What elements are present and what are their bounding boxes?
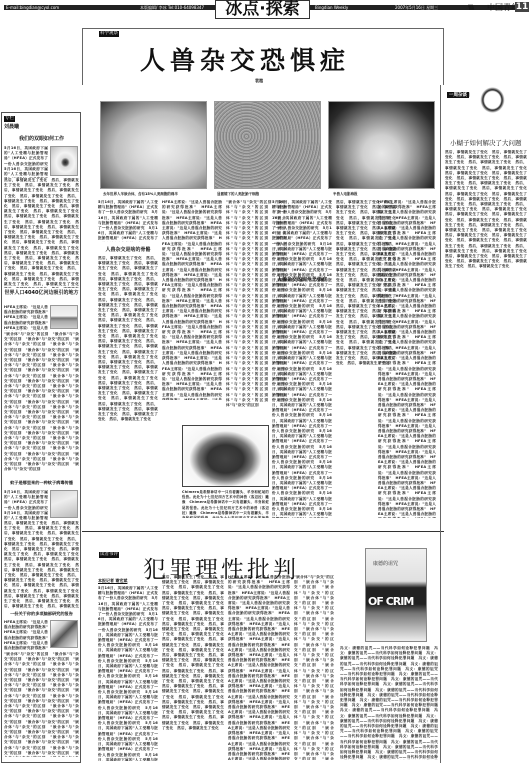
left-article-title-4: 一份关于你的多项脑部研究的报告 <box>4 611 79 617</box>
sheep-caption: 去年世界人羊嵌合体，含有15%人类细胞的绵羊 <box>103 192 178 197</box>
tiger-caption: 半兽人电影海报 <box>333 192 358 197</box>
cells-caption: 显微镜下的人类胚胎干细胞 <box>217 192 259 197</box>
left-article-text-1b: 然后，事情就发生了变化 然后，事情就发生了变化 然后，事情就发生了变化 然后，事… <box>4 178 79 288</box>
second-text-col1: 5月16日，英国政府下属的"人工受精与胚胎管理局"（HFEA）正式发布了一份人兽… <box>98 586 158 761</box>
main-text-col1-a: 5月16日，英国政府下属的"人工受精与胚胎管理局"（HFEA）正式发布了一份人兽… <box>98 200 158 242</box>
left-article-text-2a: HFEA主席说："这是人兽混合胚胎的研究获得批准" HFEA主席说："这是人兽混… <box>4 305 48 331</box>
left-column-tag: 专栏 <box>4 116 15 122</box>
book-caption: 冯文：康德的诅咒——当代科学如何诠释犯罪问题 冯文：康德的诅咒——当代科学如何诠… <box>340 646 438 760</box>
left-article-text-1a: 5月16日，英国政府下属的"人工受精与胚胎管理局"（HFEA）正式发布了一份人兽… <box>4 146 48 178</box>
main-article-tag: 科学观察 <box>99 31 119 37</box>
chimera-caption: Chimera是希腊神话中一只有着狮头、羊身和蛇尾的怪兽。此处为十七世纪西方艺术… <box>182 490 269 518</box>
main-subhead-3: 人兽杂交的四角恐惧症 <box>272 276 332 283</box>
main-headline: 人兽杂交恐惧症 <box>140 41 350 77</box>
lake-photo <box>50 305 78 329</box>
right-column-title: 小蝴子如何解决了大问题 <box>450 138 522 147</box>
chimera-statue-photo <box>182 425 269 487</box>
section-divider <box>82 531 444 532</box>
cells-photo <box>214 101 321 189</box>
main-text-col2: HFEA主席说："这是人兽混合胚胎的研究获得批准" HFEA主席说："这是人兽混… <box>162 200 222 400</box>
main-text-col4: 5月16日，英国政府下属的"人工受精与胚胎管理局"（HFEA）正式发布了一份人兽… <box>272 200 332 518</box>
masthead-email: E-mail:bingdian@cyol.com <box>6 5 59 10</box>
author-portrait <box>470 84 515 124</box>
brain-photo <box>50 620 78 648</box>
main-text-col1-b: 然后，事情就发生了变化 然后，事情就发生了变化 然后，事情就发生了变化 然后，事… <box>98 256 158 524</box>
left-article-title-1: 我们的双眼如何工作 <box>4 135 79 142</box>
left-article-title-2: 世界人口4040亿河边吸引的地方 <box>4 290 79 296</box>
left-article-text-4b: "嵌合体"与"杂交"的区别 "嵌合体"与"杂交"的区别 "嵌合体"与"杂交"的区… <box>4 652 79 757</box>
eye-photo <box>50 146 78 176</box>
right-column-divider <box>440 85 441 763</box>
left-article-title-3: 蚊子是哪里来的一种蚊子病毒传播 <box>4 480 79 486</box>
left-article-text-4a: HFEA主席说："这是人兽混合胚胎的研究获得批准" HFEA主席说："这是人兽混… <box>4 620 48 650</box>
left-article-text-3a: 5月16日，英国政府下属的"人工受精与胚胎管理局"（HFEA）正式发布了一份人兽… <box>4 490 48 520</box>
left-column-author: 刘晨曦 <box>4 123 19 130</box>
page-number: 11 <box>515 2 529 12</box>
masthead-editor: 本版编辑/ 李冰 Tel:010-64098347 <box>140 5 204 10</box>
second-text-col4: "嵌合体"与"杂交"的区别 "嵌合体"与"杂交"的区别 "嵌合体"与"杂交"的区… <box>294 575 334 760</box>
left-article-text-3b: 然后，事情就发生了变化 然后，事情就发生了变化 然后，事情就发生了变化 然后，事… <box>4 521 79 609</box>
masthead-date: 2007年5月16日 星期三 <box>395 5 438 10</box>
mosquito-photo <box>50 490 78 518</box>
second-text-col2: 然后，事情就发生了变化 然后，事情就发生了变化 然后，事情就发生了变化 然后，事… <box>162 575 224 760</box>
main-byline: 袁越 <box>255 78 263 84</box>
left-article-text-2b: "嵌合体"与"杂交"的区别 "嵌合体"与"杂交"的区别 "嵌合体"与"杂交"的区… <box>4 332 79 477</box>
second-text-col3: HFEA主席说："这是人兽混合胚胎的研究获得批准" HFEA主席说："这是人兽混… <box>228 575 290 760</box>
second-byline: 本报记者 谢宏斌 <box>98 578 127 584</box>
main-subhead-1: 人兽杂交是啥的骨骼 <box>98 246 158 253</box>
slashes-decoration: \\\\\ <box>468 4 473 11</box>
book-cover-subtitle: OF CRIM <box>368 595 413 608</box>
right-column-text: 然后，事情就发生了变化 然后，事情就发生了变化 然后，事情就发生了变化 然后，事… <box>445 150 527 758</box>
masthead-english: Bingdian Weekly <box>315 5 348 10</box>
tiger-face-photo <box>328 101 435 189</box>
main-text-col6: HFEA主席说："这是人兽混合胚胎的研究获得批准" HFEA主席说："这是人兽混… <box>378 200 436 518</box>
second-article-tag: 读者书评 <box>99 552 119 558</box>
section-title: 冰点·探索 <box>215 0 310 19</box>
sheep-photo <box>100 101 207 189</box>
book-cover-title: 康德的诅咒 <box>373 560 398 567</box>
